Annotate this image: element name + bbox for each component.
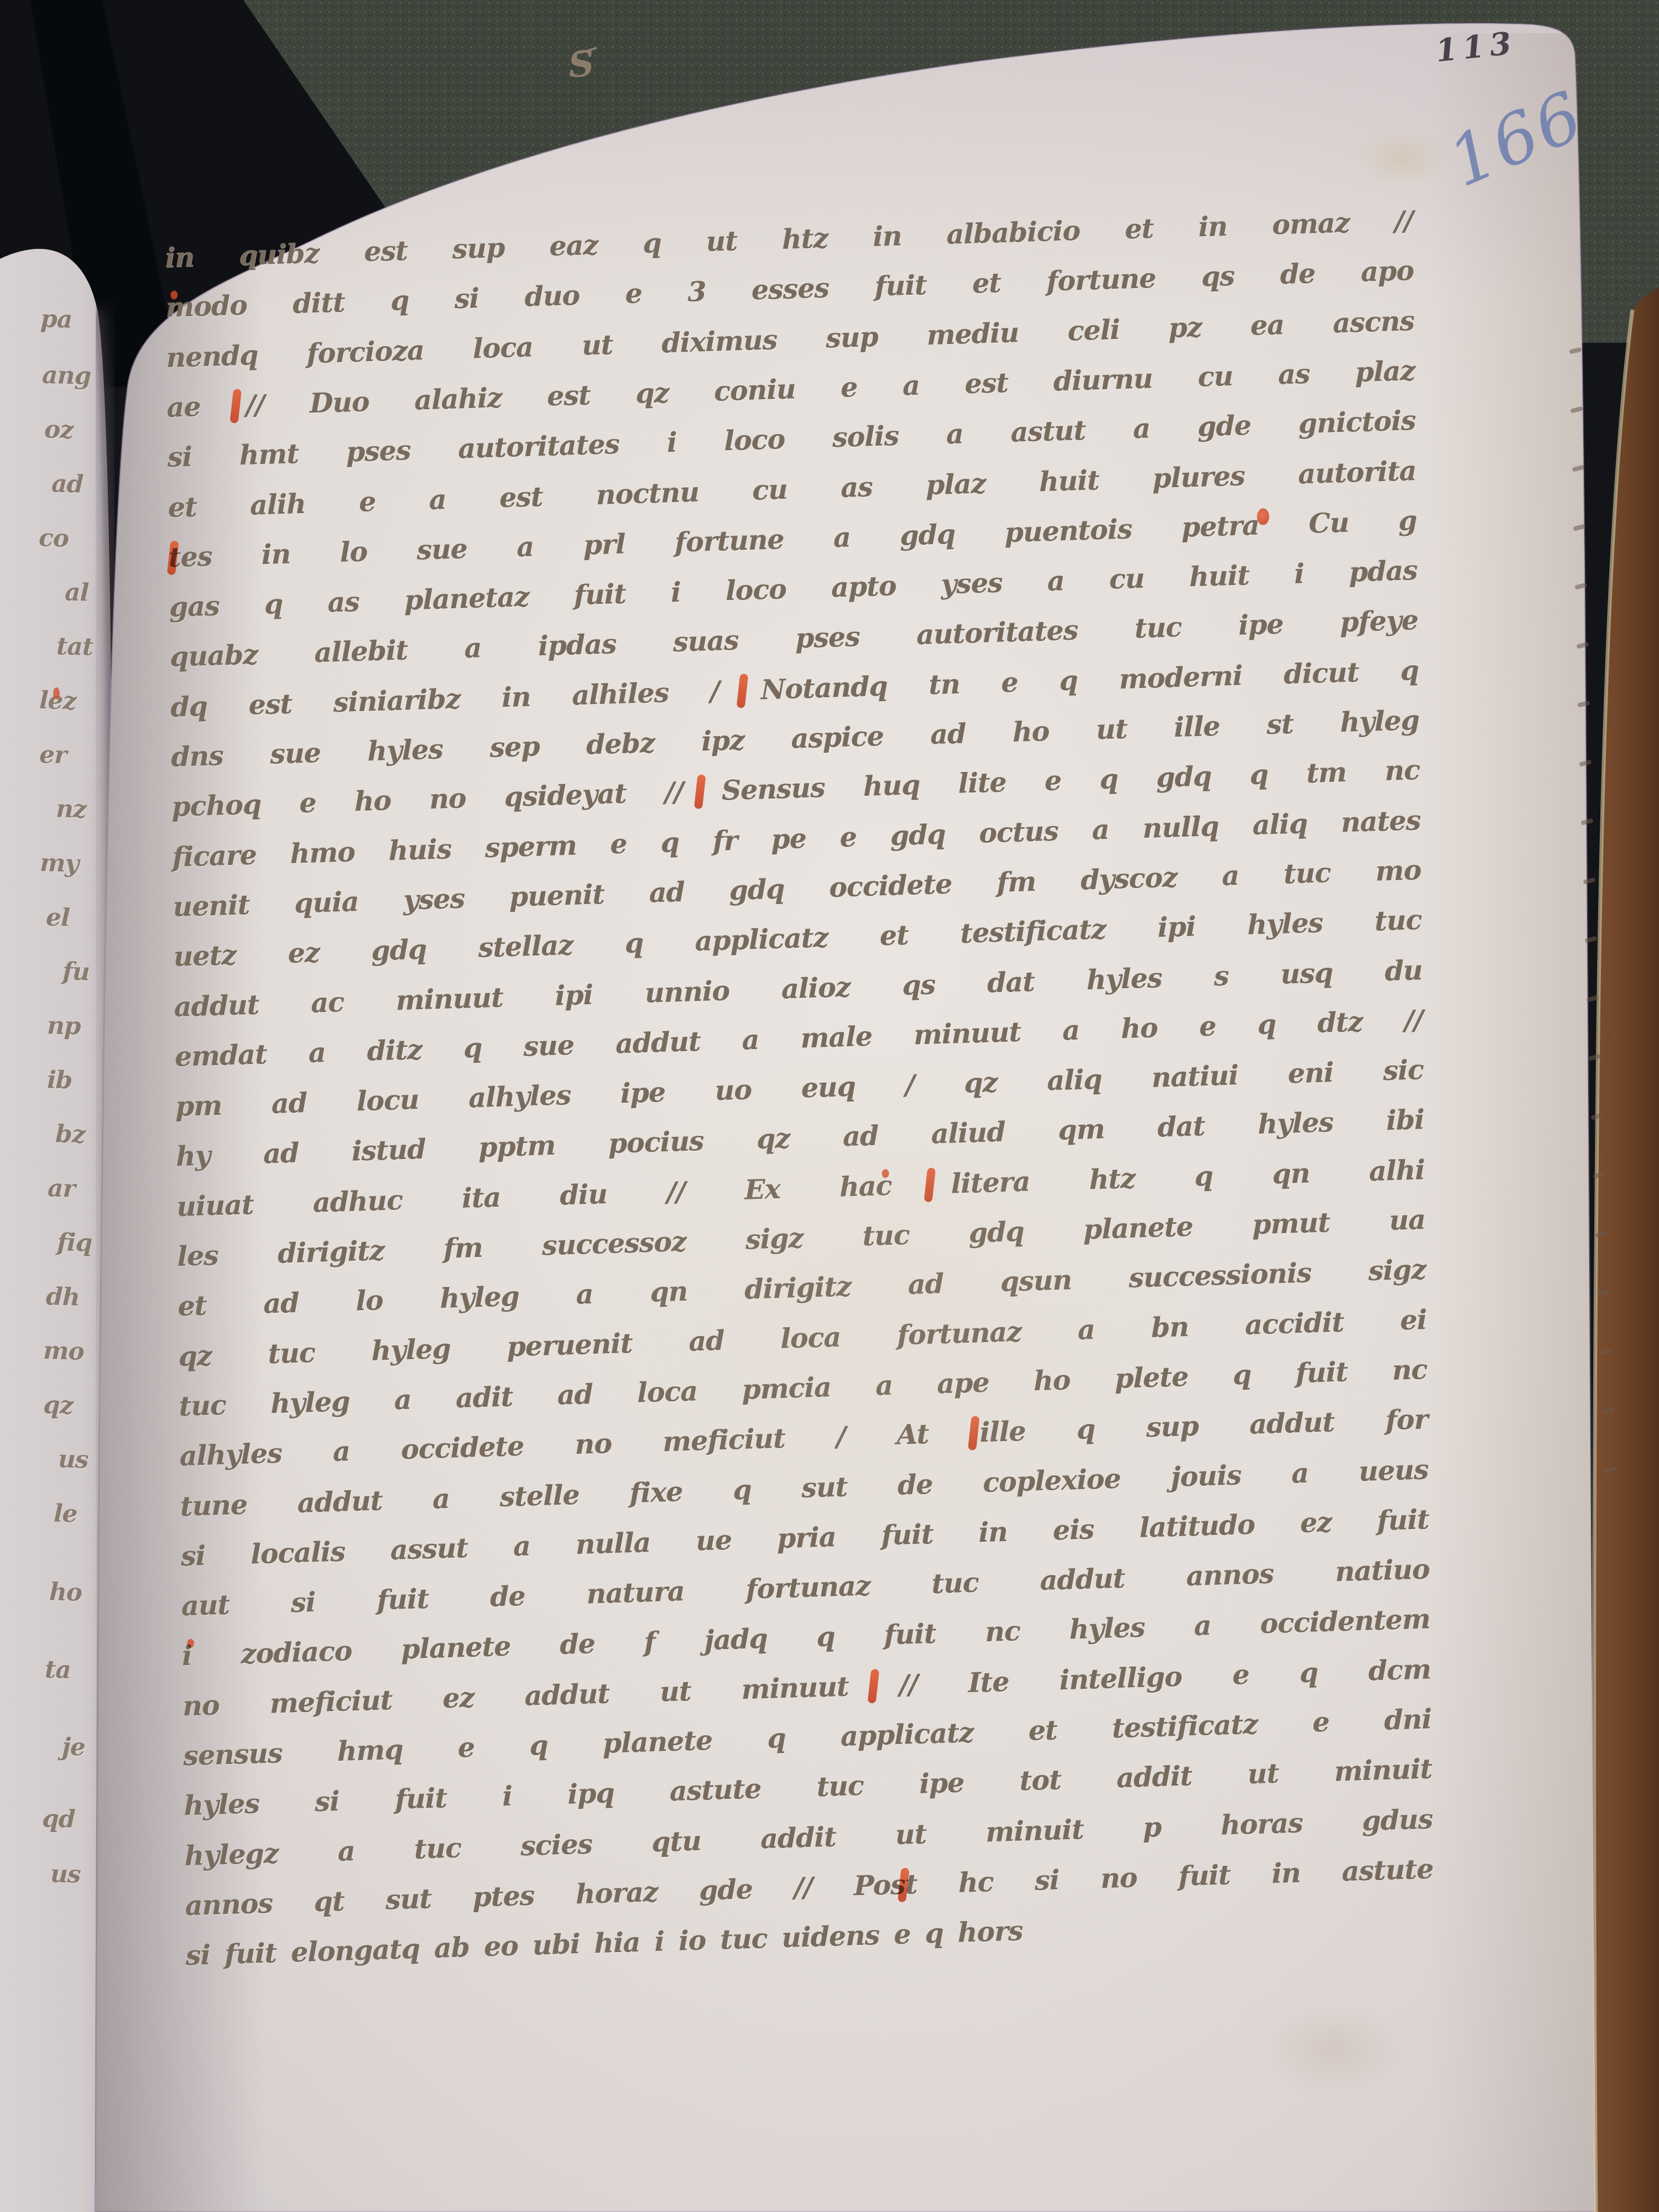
facing-page-fragment: je: [61, 1730, 85, 1764]
facing-page-fragment: le: [54, 1497, 78, 1531]
quire-signature-mark: S: [567, 41, 614, 86]
facing-page-fragment: nz: [55, 792, 87, 826]
facing-page-fragment: qz: [43, 1389, 73, 1422]
facing-page-fragment: ad: [51, 467, 84, 501]
facing-page-fragment: dh: [45, 1280, 80, 1314]
facing-page-fragment: ho: [49, 1575, 82, 1610]
facing-page-fragment: pa: [40, 302, 72, 336]
rubric-mark: [53, 687, 60, 700]
manuscript-text-block: in quibz est sup eaz q ut htz in albabic…: [165, 197, 1435, 2037]
facing-page-fragment: qd: [42, 1802, 76, 1837]
facing-page-fragment: us: [50, 1858, 81, 1891]
facing-page-fragment: fu: [62, 955, 90, 989]
facing-page-fragment: ib: [46, 1063, 72, 1097]
facing-page-fragment: tat: [56, 630, 93, 664]
facing-page-fragment: er: [39, 738, 67, 772]
facing-page-fragment: np: [46, 1009, 81, 1044]
rubric-mark: [1257, 508, 1269, 525]
rubric-mark: [881, 1169, 889, 1178]
facing-page-fragment: al: [64, 576, 89, 609]
facing-page-fragment: ta: [44, 1653, 71, 1687]
facing-page-fragment: co: [38, 521, 69, 555]
facing-page-fragment: ar: [48, 1172, 76, 1206]
facing-page-fragment: ang: [41, 359, 91, 393]
facing-page-text-fragments: paangozadcoaltatlezernzmyelfunpibbzarfiq…: [0, 0, 105, 2212]
facing-page-fragment: oz: [44, 413, 74, 447]
manuscript-photo: 113 166 S paangozadcoaltatlezernzmyelfun…: [0, 0, 1659, 2212]
facing-page-fragment: my: [39, 847, 79, 881]
facing-page-fragment: mo: [43, 1334, 84, 1369]
facing-page-fragment: us: [58, 1443, 88, 1477]
facing-page-fragment: fiq: [56, 1226, 92, 1260]
facing-page-fragment: bz: [55, 1118, 85, 1151]
facing-page-fragment: el: [46, 901, 70, 935]
